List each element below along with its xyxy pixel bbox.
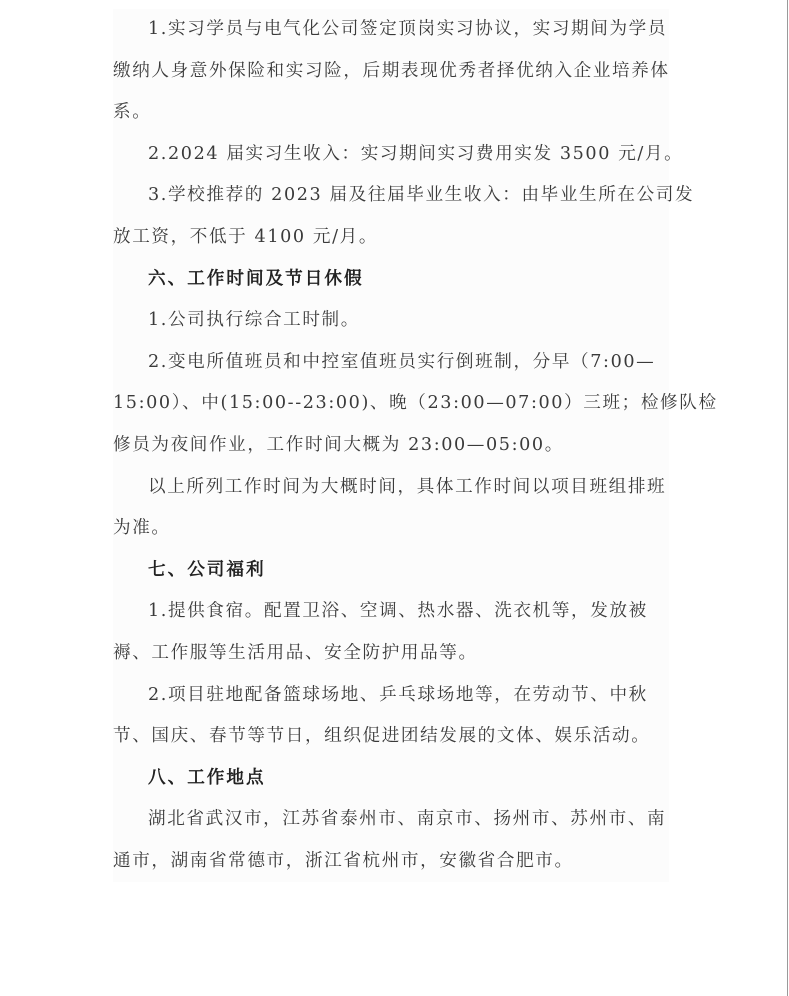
paragraph-comprehensive-hours: 1.公司执行综合工时制。	[113, 300, 669, 342]
paragraph-hours-note-line-2: 为准。	[113, 508, 669, 550]
paragraph-internship-agreement-line-2: 缴纳人身意外保险和实习险，后期表现优秀者择优纳入企业培养体	[113, 51, 669, 93]
section-heading-work-hours: 六、工作时间及节日休假	[113, 259, 669, 301]
section-heading-benefits: 七、公司福利	[113, 550, 669, 592]
paragraph-locations-line-1: 湖北省武汉市，江苏省泰州市、南京市、扬州市、苏州市、南	[113, 799, 669, 841]
paragraph-accommodation-line-2: 褥、工作服等生活用品、安全防护用品等。	[113, 633, 669, 675]
paragraph-recreation-line-2: 节、国庆、春节等节日，组织促进团结发展的文体、娱乐活动。	[113, 716, 669, 758]
paragraph-recreation-line-1: 2.项目驻地配备篮球场地、乒乓球场地等，在劳动节、中秋	[113, 675, 669, 717]
paragraph-locations-line-2: 通市，湖南省常德市，浙江省杭州市，安徽省合肥市。	[113, 841, 669, 883]
paragraph-shift-schedule-line-3: 修员为夜间作业，工作时间大概为 23:00—05:00。	[113, 425, 669, 467]
paragraph-internship-agreement-line-1: 1.实习学员与电气化公司签定顶岗实习协议，实习期间为学员	[113, 9, 669, 51]
document-body: 1.实习学员与电气化公司签定顶岗实习协议，实习期间为学员 缴纳人身意外保险和实习…	[113, 9, 669, 882]
paragraph-graduate-income-line-1: 3.学校推荐的 2023 届及往届毕业生收入：由毕业生所在公司发	[113, 175, 669, 217]
paragraph-2024-intern-income: 2.2024 届实习生收入：实习期间实习费用实发 3500 元/月。	[113, 134, 669, 176]
section-heading-work-location: 八、工作地点	[113, 758, 669, 800]
paragraph-shift-schedule-line-1: 2.变电所值班员和中控室值班员实行倒班制，分早（7:00—	[113, 342, 669, 384]
paragraph-shift-schedule-line-2: 15:00）、中(15:00--23:00)、晚（23:00—07:00）三班；…	[113, 383, 669, 425]
page-right-border	[787, 0, 788, 996]
paragraph-graduate-income-line-2: 放工资，不低于 4100 元/月。	[113, 217, 669, 259]
paragraph-accommodation-line-1: 1.提供食宿。配置卫浴、空调、热水器、洗衣机等，发放被	[113, 591, 669, 633]
paragraph-internship-agreement-line-3: 系。	[113, 92, 669, 134]
paragraph-hours-note-line-1: 以上所列工作时间为大概时间，具体工作时间以项目班组排班	[113, 467, 669, 509]
